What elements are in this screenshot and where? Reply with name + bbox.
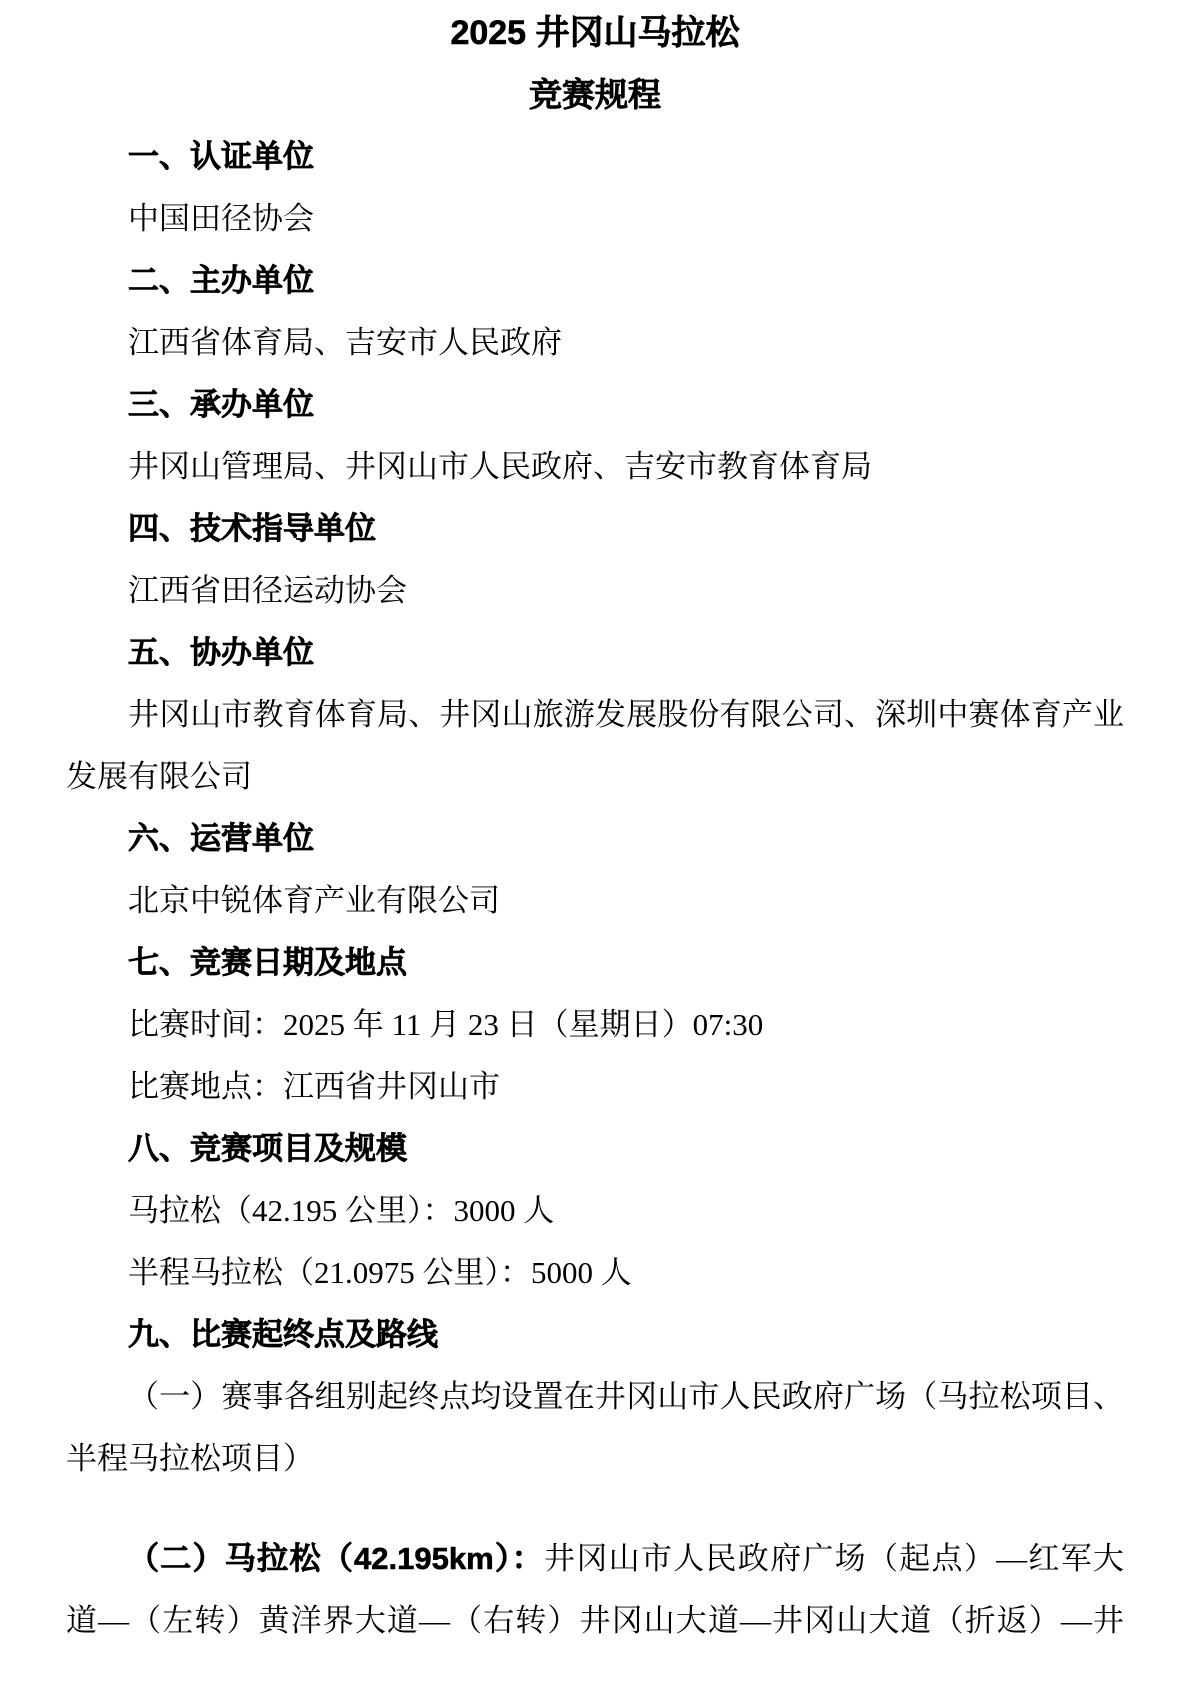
document-line: （一）赛事各组别起终点均设置在井冈山市人民政府广场（马拉松项目、 <box>66 1366 1124 1428</box>
document-line: 半程马拉松项目） <box>66 1428 1124 1490</box>
line-text: 半程马拉松（21.0975 公里）：5000 人 <box>128 1255 632 1290</box>
document-lines: 一、认证单位中国田径协会二、主办单位江西省体育局、吉安市人民政府三、承办单位井冈… <box>66 126 1124 1652</box>
document-line: 八、竞赛项目及规模 <box>66 1118 1124 1180</box>
document-line: 井冈山市教育体育局、井冈山旅游发展股份有限公司、深圳中赛体育产业 <box>66 684 1124 746</box>
line-text: （一）赛事各组别起终点均设置在井冈山市人民政府广场（马拉松项目、 <box>128 1379 1124 1414</box>
line-text: 七、竞赛日期及地点 <box>128 945 407 980</box>
document-line: 比赛时间：2025 年 11 月 23 日（星期日）07:30 <box>66 994 1124 1056</box>
line-text: 六、运营单位 <box>128 821 314 856</box>
line-text: 五、协办单位 <box>128 635 314 670</box>
line-text: 井冈山市教育体育局、井冈山旅游发展股份有限公司、深圳中赛体育产业 <box>128 697 1124 732</box>
line-text: 九、比赛起终点及路线 <box>128 1317 438 1352</box>
line-text: 井冈山市人民政府广场（起点）—红军大 <box>544 1541 1124 1576</box>
document-line: 中国田径协会 <box>66 188 1124 250</box>
line-text: 比赛地点：江西省井冈山市 <box>128 1069 500 1104</box>
line-text: 半程马拉松项目） <box>66 1441 314 1476</box>
document-line: 比赛地点：江西省井冈山市 <box>66 1056 1124 1118</box>
line-text: 马拉松（42.195 公里）：3000 人 <box>128 1193 554 1228</box>
document-line: （二）马拉松（42.195km）：井冈山市人民政府广场（起点）—红军大 <box>66 1528 1124 1590</box>
line-text: 三、承办单位 <box>128 387 314 422</box>
document-line: 一、认证单位 <box>66 126 1124 188</box>
document-line: 马拉松（42.195 公里）：3000 人 <box>66 1180 1124 1242</box>
line-text: 中国田径协会 <box>128 201 314 236</box>
document-line: 五、协办单位 <box>66 622 1124 684</box>
line-text: 发展有限公司 <box>66 759 252 794</box>
document-line: 道—（左转）黄洋界大道—（右转）井冈山大道—井冈山大道（折返）—井 <box>66 1590 1124 1652</box>
document-line: 三、承办单位 <box>66 374 1124 436</box>
document-line: 发展有限公司 <box>66 746 1124 808</box>
document-line: 江西省田径运动协会 <box>66 560 1124 622</box>
document-line: 江西省体育局、吉安市人民政府 <box>66 312 1124 374</box>
document-line: 四、技术指导单位 <box>66 498 1124 560</box>
document-subtitle: 竞赛规程 <box>66 64 1124 126</box>
document-line: 北京中锐体育产业有限公司 <box>66 870 1124 932</box>
line-text-bold: （二）马拉松（42.195km）： <box>128 1541 544 1576</box>
line-text: 江西省田径运动协会 <box>128 573 407 608</box>
line-text: 一、认证单位 <box>128 139 314 174</box>
document-line: 井冈山管理局、井冈山市人民政府、吉安市教育体育局 <box>66 436 1124 498</box>
document-title: 2025 井冈山马拉松 <box>66 2 1124 64</box>
document-page: 2025 井冈山马拉松 竞赛规程 一、认证单位中国田径协会二、主办单位江西省体育… <box>0 0 1190 1683</box>
line-text: 比赛时间：2025 年 11 月 23 日（星期日）07:30 <box>128 1007 763 1042</box>
line-text: 道—（左转）黄洋界大道—（右转）井冈山大道—井冈山大道（折返）—井 <box>66 1603 1124 1638</box>
document-line: 六、运营单位 <box>66 808 1124 870</box>
line-text: 四、技术指导单位 <box>128 511 376 546</box>
line-text: 八、竞赛项目及规模 <box>128 1131 407 1166</box>
document-line: 二、主办单位 <box>66 250 1124 312</box>
line-text: 北京中锐体育产业有限公司 <box>128 883 500 918</box>
line-text: 井冈山管理局、井冈山市人民政府、吉安市教育体育局 <box>128 449 872 484</box>
line-text: 二、主办单位 <box>128 263 314 298</box>
document-line: 九、比赛起终点及路线 <box>66 1304 1124 1366</box>
document-line: 半程马拉松（21.0975 公里）：5000 人 <box>66 1242 1124 1304</box>
line-text: 江西省体育局、吉安市人民政府 <box>128 325 562 360</box>
document-line: 七、竞赛日期及地点 <box>66 932 1124 994</box>
